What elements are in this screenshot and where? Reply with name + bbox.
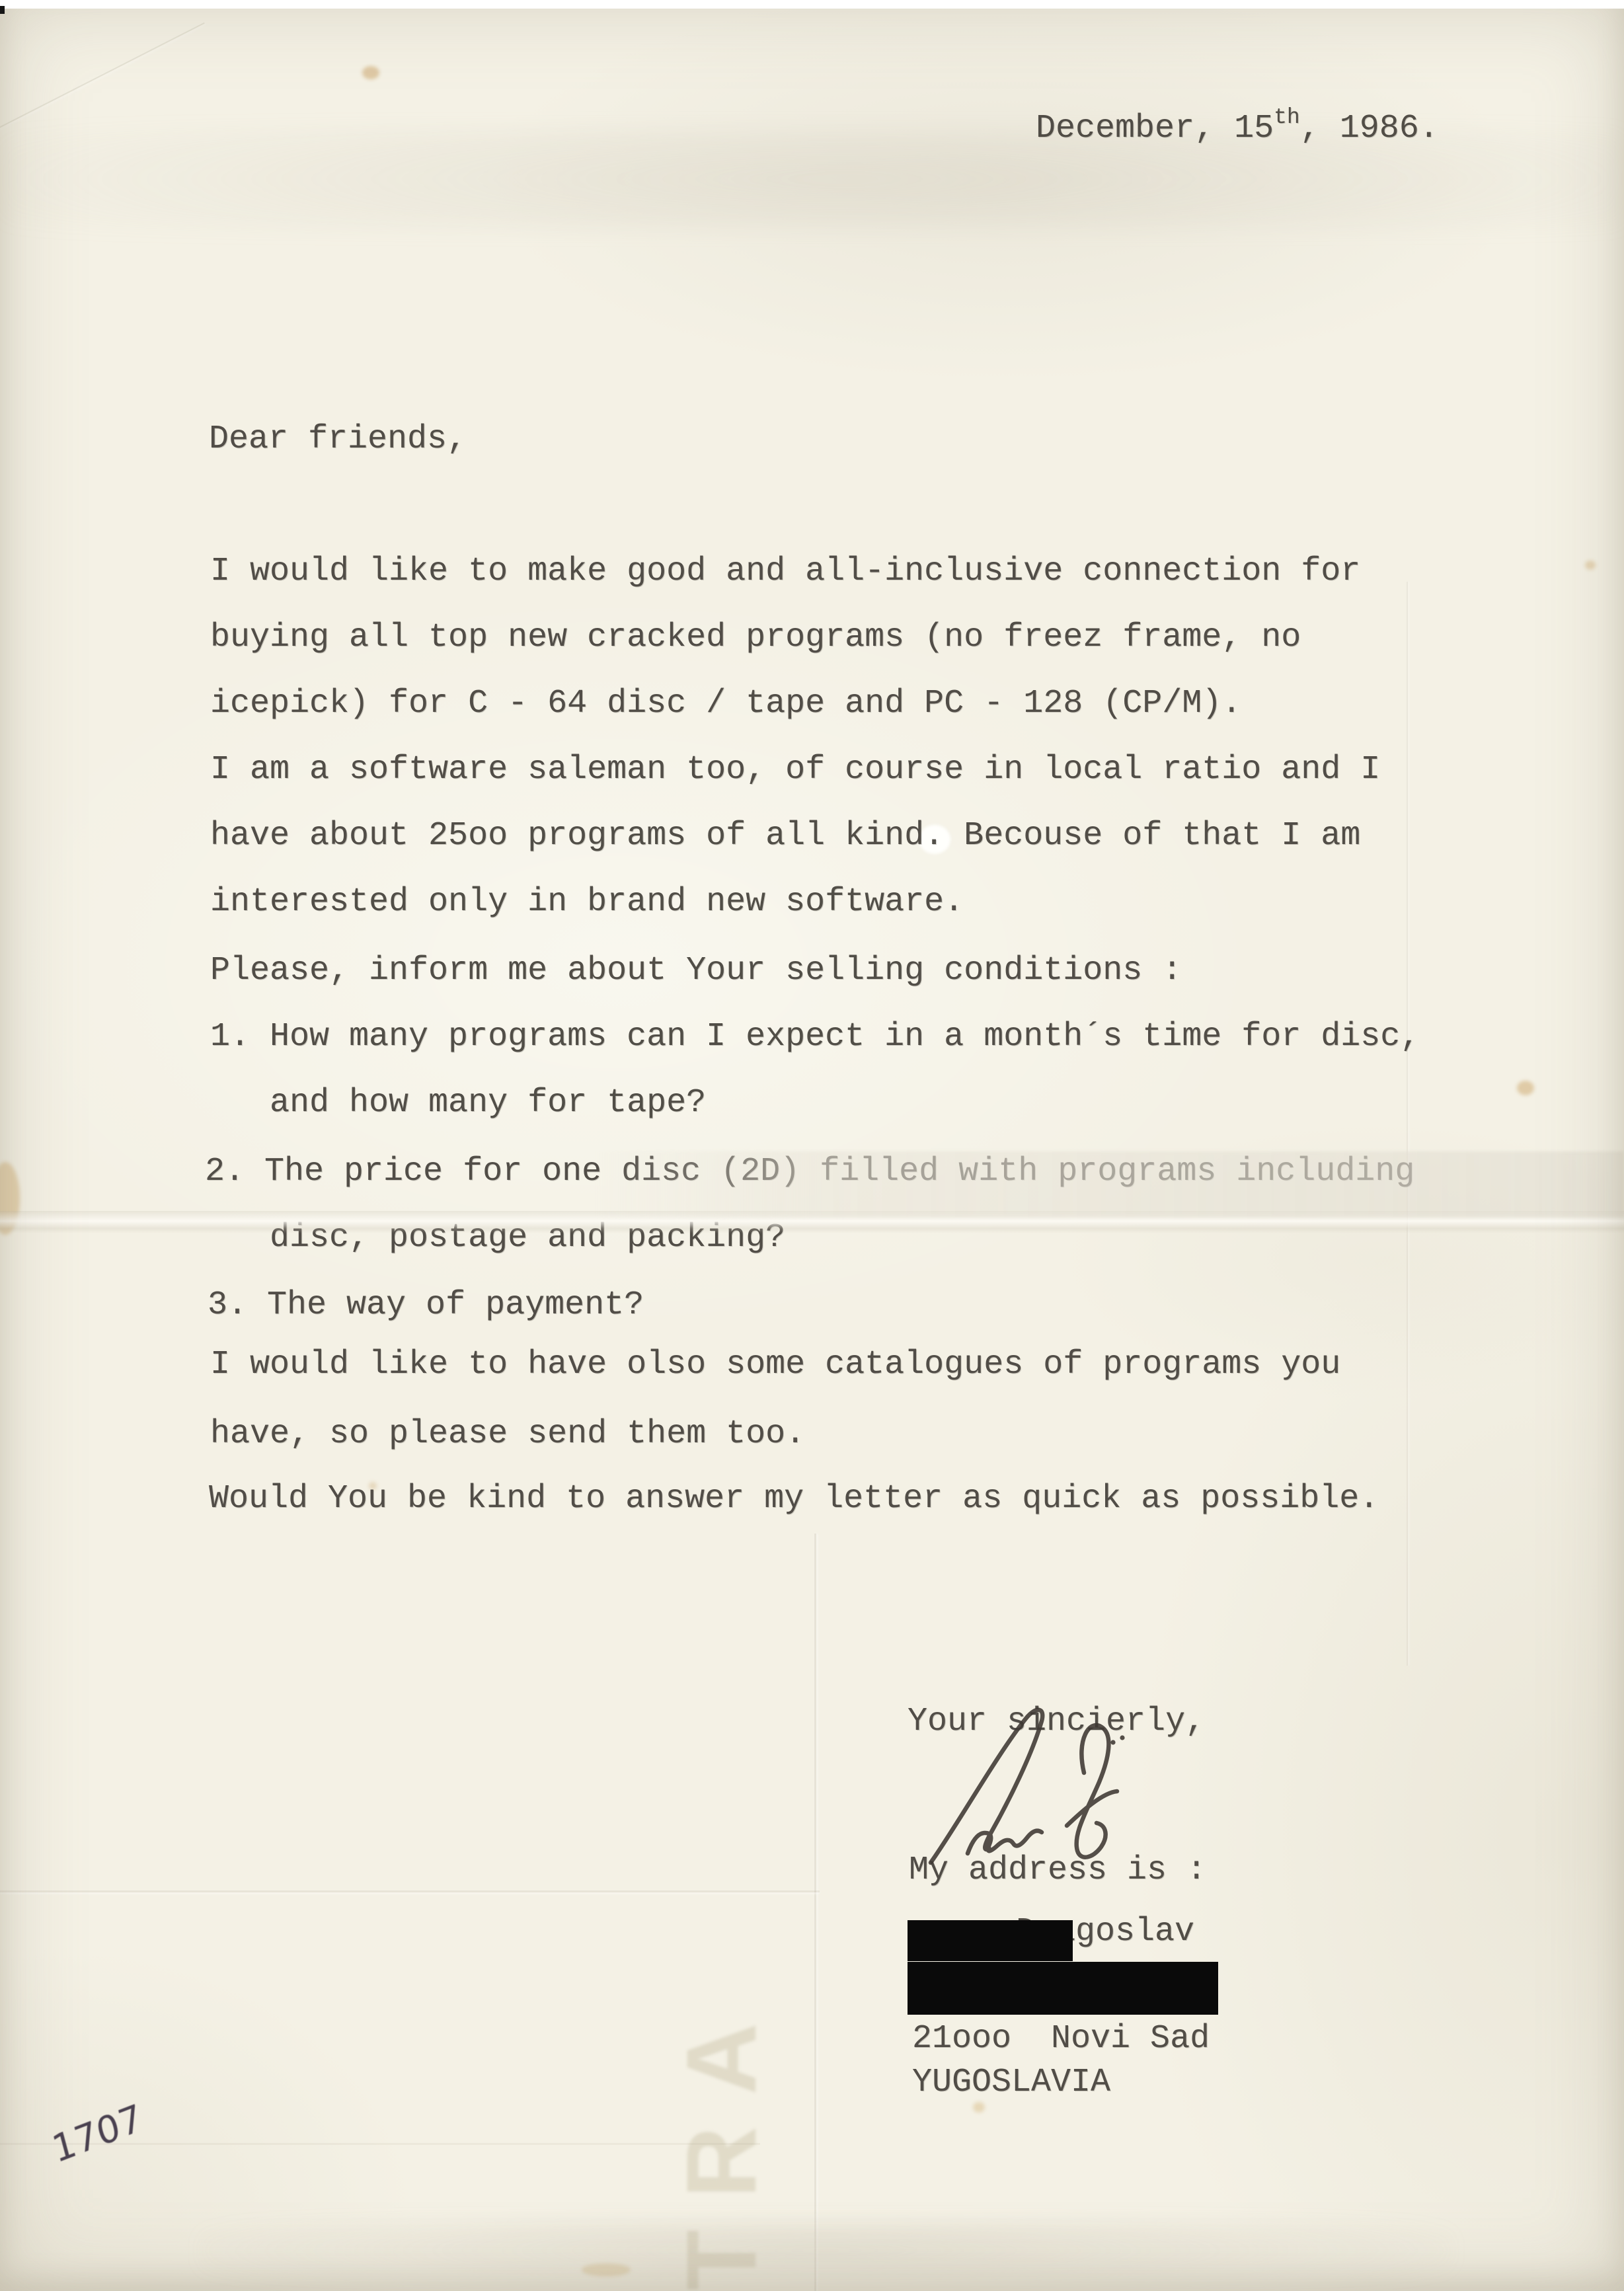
stain-spot: [582, 2263, 631, 2276]
paper-bend-shadow-bottom: [198, 2221, 1454, 2280]
stain-spot: [0, 1162, 20, 1235]
body-line: I would like to have olso some catalogue…: [210, 1348, 1340, 1381]
scanner-edge-strip: [0, 0, 1624, 9]
body-line: icepick) for C - 64 disc / tape and PC -…: [210, 687, 1241, 720]
date-main: December, 15: [1036, 110, 1274, 147]
redaction-bar-street: [908, 1962, 1218, 2015]
stain-spot: [973, 2102, 985, 2113]
fold-crease-left-mid: [0, 1890, 820, 1892]
handwritten-archival-number: 1707: [48, 2096, 147, 2171]
body-line: buying all top new cracked programs (no …: [210, 621, 1301, 654]
stain-spot: [1585, 561, 1596, 570]
body-line: have, so please send them too.: [210, 1418, 805, 1451]
stain-spot: [1517, 1081, 1534, 1095]
body-line: I would like to make good and all-inclus…: [210, 555, 1360, 588]
scan-vignette: [0, 0, 1624, 2291]
date-ordinal-suffix: th: [1274, 105, 1300, 130]
scanned-letter-page: TRA December, 15th, 1986. Dear friends, …: [0, 0, 1624, 2291]
body-line: and how many for tape?: [210, 1087, 706, 1120]
stain-spot: [362, 66, 379, 79]
date-tail: , 1986.: [1300, 110, 1439, 147]
body-line: Please, inform me about Your selling con…: [210, 954, 1182, 988]
corner-crease-topleft: [0, 22, 205, 137]
address-country: YUGOSLAVIA: [912, 2066, 1110, 2099]
date-line: December, 15th, 1986.: [956, 79, 1439, 181]
body-line: I am a software saleman too, of course i…: [210, 754, 1380, 787]
ghost-showthrough-text: TRA: [664, 1894, 779, 2290]
signature: [911, 1692, 1149, 1890]
body-line: Would You be kind to answer my letter as…: [209, 1483, 1379, 1516]
body-line: 2. The price for one disc (2D) filled wi…: [205, 1155, 1414, 1188]
redaction-bar-name: [908, 1920, 1073, 1961]
salutation: Dear friends,: [209, 423, 467, 456]
body-line: have about 25oo programs of all kind. Be…: [210, 820, 1360, 853]
scanner-edge-fleck: [0, 6, 5, 14]
fold-crease-vertical-center: [814, 1534, 816, 2291]
body-line: 3. The way of payment?: [208, 1289, 644, 1322]
fold-crease-vertical-right: [1407, 582, 1408, 1666]
body-line: disc, postage and packing?: [210, 1222, 785, 1255]
body-line: interested only in brand new software.: [210, 886, 964, 919]
body-line: 1. How many programs can I expect in a m…: [210, 1021, 1420, 1054]
address-city: 21ooo Novi Sad: [912, 2023, 1210, 2056]
